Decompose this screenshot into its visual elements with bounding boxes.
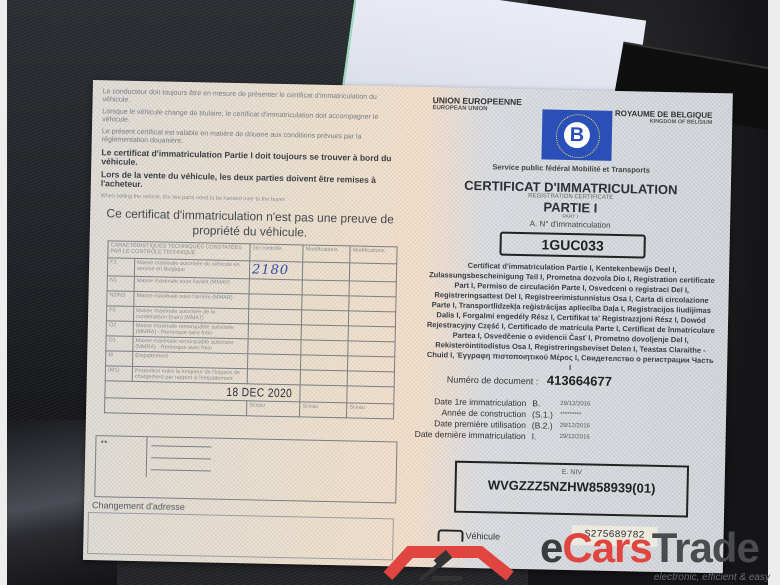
row-code: (M1) <box>105 366 132 382</box>
date-code: (S.1.) <box>532 409 560 421</box>
eu-belgium-flag-icon: B <box>541 109 612 160</box>
empty-cell <box>347 386 394 404</box>
row-modification <box>349 296 396 312</box>
line <box>151 469 211 471</box>
kingdom-en: KINGDOM OF BELGIUM <box>615 118 713 126</box>
table-header: Modifications <box>350 246 397 264</box>
row-modification <box>302 280 349 296</box>
photo-background: Le conducteur doit toujours être en mesu… <box>7 0 768 585</box>
row-modification <box>302 310 349 326</box>
vin-box: E. NIV WVGZZZ5NZHW858939(01) <box>454 461 689 518</box>
seal-cell: Sceau <box>300 402 347 418</box>
empty-cell <box>300 385 347 403</box>
row-first-control: 2180 <box>249 261 303 280</box>
multilingual-title: Certificat d'immatriculation Partie I, K… <box>425 260 717 376</box>
address-change-label: Changement d'adresse <box>92 500 185 512</box>
document-number-label: Numéro de document : <box>447 374 539 386</box>
row-code: M <box>106 351 133 367</box>
row-modification <box>303 262 350 281</box>
remarks-lines <box>146 437 397 482</box>
row-code: F2 <box>107 258 134 277</box>
row-first-control <box>249 279 302 295</box>
date-code: (B.2.) <box>532 420 560 432</box>
row-first-control <box>247 369 300 385</box>
dates-list: Date 1re immatriculationB.29/12/2016Anné… <box>406 396 591 444</box>
row-code: O2 <box>106 321 133 337</box>
row-modification <box>348 326 395 342</box>
row-label: Masse maximale autorisée du véhicule en … <box>134 258 249 278</box>
row-modification <box>301 355 348 371</box>
date-code: B. <box>532 398 560 410</box>
brand-trade: Trade <box>652 524 759 571</box>
date-stamp: 18 DEC 2020 <box>226 385 292 400</box>
handwritten-value: 2180 <box>252 262 289 278</box>
seal-cell: Sceau <box>247 401 300 417</box>
brand-name: eCarsTrade <box>540 524 759 572</box>
bold-note: Le certificat d'immatriculation Partie I… <box>101 148 401 172</box>
row-code: N2/N3 <box>107 291 134 307</box>
note: Le conducteur doit toujours être en mesu… <box>102 88 402 110</box>
ecarstrade-watermark: eCarsTrade electronic, efficient & easy <box>380 520 780 585</box>
brand-tagline: electronic, efficient & easy <box>654 572 770 583</box>
row-first-control <box>248 309 301 325</box>
ownership-disclaimer: Ce certificat d'immatriculation n'est pa… <box>100 206 401 242</box>
date-value: 29/12/2016 <box>560 432 590 444</box>
row-code: O1 <box>106 336 133 352</box>
document-number: 413664677 <box>547 373 612 389</box>
kingdom-label: ROYAUME DE BELGIQUE KINGDOM OF BELGIUM <box>615 109 713 126</box>
row-modification <box>348 311 395 327</box>
row-modification <box>348 341 395 357</box>
registration-certificate: Le conducteur doit toujours être en mesu… <box>83 80 733 573</box>
row-modification <box>349 281 396 297</box>
note: Le présent certificat est valable en mat… <box>102 128 402 150</box>
date-value: 29/12/2016 <box>560 399 590 411</box>
row-modification <box>301 325 348 341</box>
date-value: 29/12/2016 <box>560 421 590 433</box>
row-modification <box>301 340 348 356</box>
left-panel: Le conducteur doit toujours être en mesu… <box>100 88 403 252</box>
row-modification <box>348 356 395 372</box>
date-code: I. <box>532 431 560 443</box>
row-first-control <box>248 324 301 340</box>
date-value: ********* <box>560 410 581 421</box>
date-label: Date dernière immatriculation <box>406 429 532 443</box>
table-header: Modifications <box>303 245 350 263</box>
line <box>151 445 211 447</box>
row-modification <box>302 295 349 311</box>
brand-cars: Cars <box>562 524 651 571</box>
brand-e: e <box>540 524 562 571</box>
address-change-box <box>87 512 394 560</box>
technical-table: CARACTÉRISTIQUES TECHNIQUES CONSTATÉES P… <box>104 240 398 419</box>
remarks-box: ** <box>94 435 397 503</box>
empty-cell <box>105 398 247 416</box>
document-number-row: Numéro de document : 413664677 <box>447 370 612 388</box>
remarks-stars: ** <box>100 438 107 448</box>
row-code: F3 <box>106 306 133 322</box>
table-header: 1er contrôle <box>250 244 304 262</box>
note: Lorsque le véhicule change de titulaire,… <box>102 108 402 130</box>
service-name: Service public fédéral Mobilité et Trans… <box>411 161 731 177</box>
row-modification <box>300 370 347 386</box>
car-auction-logo-icon <box>380 532 530 582</box>
row-first-control <box>248 339 301 355</box>
row-first-control <box>247 354 300 370</box>
english-note: When selling the vehicle, the two parts … <box>100 192 400 206</box>
union-label: UNION EUROPEENNE EUROPEAN UNION <box>432 95 522 113</box>
vin-value: WVGZZZ5NZHW858939(01) <box>456 477 686 497</box>
license-plate: 1GUC033 <box>499 232 645 259</box>
row-first-control <box>249 294 302 310</box>
row-modification <box>349 263 396 282</box>
row-modification <box>347 371 394 387</box>
right-panel: UNION EUROPEENNE EUROPEAN UNION B ROYAUM… <box>403 87 733 574</box>
row-code: N1 <box>107 276 134 292</box>
line <box>151 457 211 459</box>
seal-cell: Sceau <box>347 403 394 419</box>
bold-note: Lors de la vente du véhicule, les deux p… <box>101 170 401 194</box>
